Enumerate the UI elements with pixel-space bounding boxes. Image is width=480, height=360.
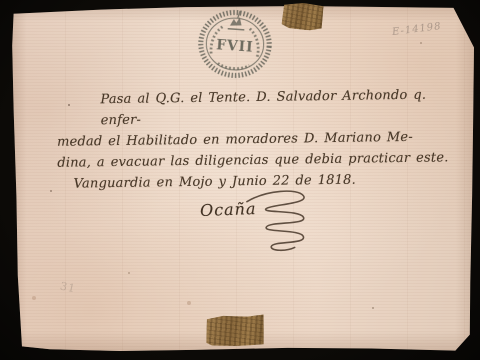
seal-crown (231, 18, 242, 26)
manuscript-text: Pasa al Q.G. el Tente. D. Salvador Archo… (56, 84, 459, 195)
tape-remnant-bottom (206, 314, 265, 346)
royal-cipher-stamp: FVII (191, 4, 280, 84)
seal-monogram: FVII (216, 37, 254, 56)
manuscript-line-1: Pasa al Q.G. el Tente. D. Salvador Archo… (56, 84, 459, 132)
signature-rubric-flourish (243, 188, 321, 250)
photo-background: FVII Pasa al Q.G. el Tente. D. Salvador … (0, 0, 480, 360)
tape-remnant-top (281, 2, 323, 31)
